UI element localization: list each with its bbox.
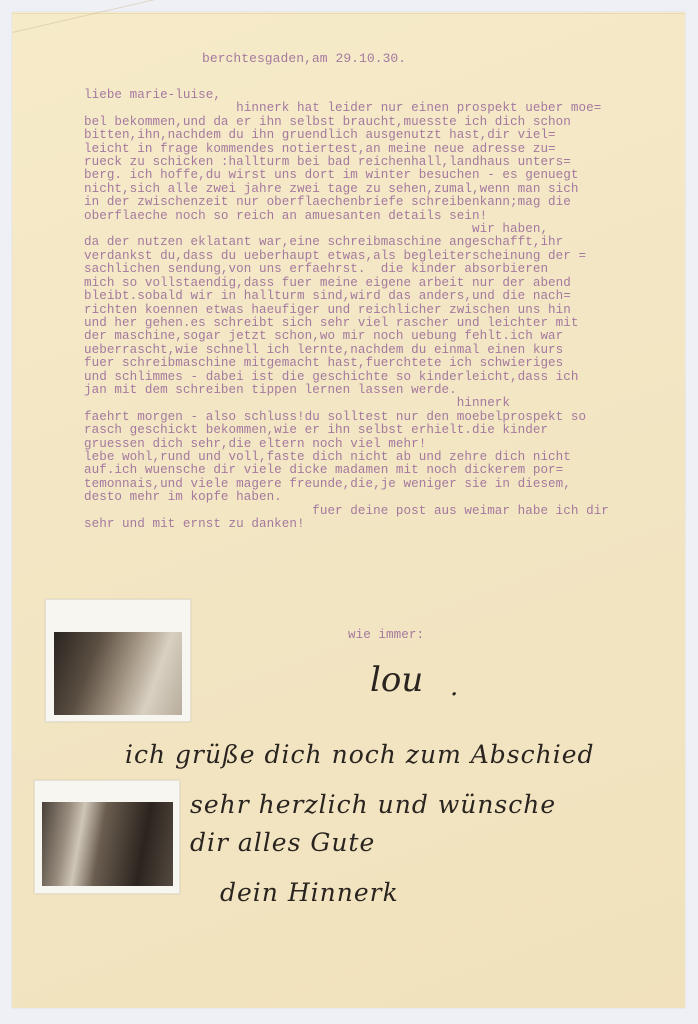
postscript-line: sehr herzlich und wünsche [190, 787, 556, 822]
postscript-line: ich grüße dich noch zum Abschied [125, 737, 595, 772]
letter-closing: wie immer: [348, 629, 424, 642]
postscript-signature: dein Hinnerk [220, 875, 399, 910]
postscript-line: dir alles Gute [190, 825, 375, 860]
letter-body: liebe marie-luise, hinnerk hat leider nu… [84, 89, 609, 531]
letter-dateline: berchtesgaden,am 29.10.30. [202, 52, 406, 65]
photo-image [42, 802, 173, 886]
handwritten-signature: lou [370, 660, 423, 700]
photo-image [54, 632, 182, 715]
signature-period: . [450, 672, 458, 702]
photo-two-children [34, 780, 180, 894]
paper-edge [12, 13, 685, 14]
photo-sleeping-child [45, 599, 191, 722]
